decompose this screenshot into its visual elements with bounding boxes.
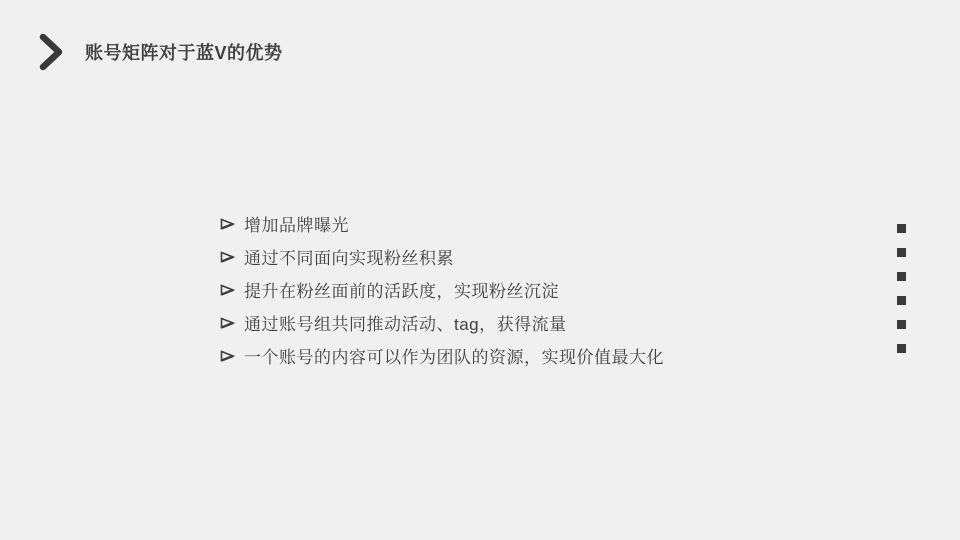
list-item: 通过不同面向实现粉丝积累 xyxy=(220,240,664,273)
list-item: 通过账号组共同推动活动、tag，获得流量 xyxy=(220,306,664,339)
bullet-list: 增加品牌曝光 通过不同面向实现粉丝积累 提升在粉丝面前的活跃度，实现粉丝沉淀 xyxy=(220,207,664,372)
chevron-right-icon xyxy=(38,32,64,72)
arrowhead-bullet-icon xyxy=(220,217,235,231)
arrowhead-bullet-icon xyxy=(220,316,235,330)
slide-header: 账号矩阵对于蓝V的优势 xyxy=(38,32,283,72)
list-item: 一个账号的内容可以作为团队的资源，实现价值最大化 xyxy=(220,339,664,372)
decorative-square xyxy=(897,320,906,329)
decorative-square xyxy=(897,248,906,257)
bullet-text: 通过账号组共同推动活动、tag，获得流量 xyxy=(244,310,567,335)
bullet-text: 增加品牌曝光 xyxy=(244,211,349,236)
decorative-square xyxy=(897,296,906,305)
decorative-square xyxy=(897,272,906,281)
page-title: 账号矩阵对于蓝V的优势 xyxy=(85,39,283,65)
decorative-square xyxy=(897,344,906,353)
arrowhead-bullet-icon xyxy=(220,283,235,297)
list-item: 增加品牌曝光 xyxy=(220,207,664,240)
bullet-text: 一个账号的内容可以作为团队的资源，实现价值最大化 xyxy=(244,343,664,368)
bullet-text: 通过不同面向实现粉丝积累 xyxy=(244,244,454,269)
bullet-text: 提升在粉丝面前的活跃度，实现粉丝沉淀 xyxy=(244,277,559,302)
list-item: 提升在粉丝面前的活跃度，实现粉丝沉淀 xyxy=(220,273,664,306)
slide: 账号矩阵对于蓝V的优势 增加品牌曝光 通过不同面向实现粉丝积累 xyxy=(0,0,960,540)
arrowhead-bullet-icon xyxy=(220,349,235,363)
arrowhead-bullet-icon xyxy=(220,250,235,264)
decorative-square xyxy=(897,224,906,233)
decorative-squares-column xyxy=(897,224,906,353)
